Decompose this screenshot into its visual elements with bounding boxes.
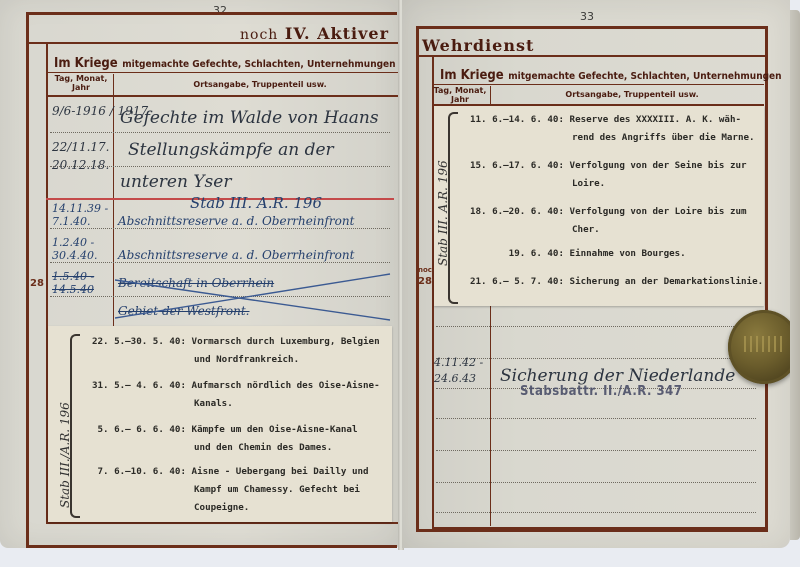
hw-date: 24.6.43 — [434, 372, 476, 385]
slip-entry-cont: Coupeigne. — [194, 502, 249, 513]
pasted-slip: Stab III. A.R. 196 11. 6.—14. 6. 40: Res… — [434, 106, 764, 306]
slip-entry: 19. 6. 40: Einnahme von Bourges. — [458, 248, 686, 259]
subheading-rest: mitgemachte Gefechte, Schlachten, Untern… — [508, 71, 781, 82]
hw-date: 14.11.39 - 7.1.40. — [52, 202, 112, 228]
coin-emblem — [744, 336, 784, 352]
left-page: 32 noch IV. Aktiver Im Kriege mitgemacht… — [0, 0, 400, 548]
section-title: Wehrdienst — [422, 36, 534, 55]
entry-text: Aisne - Uebergang bei Dailly und — [192, 466, 369, 477]
entry-text: Verfolgung von der Loire bis zum — [570, 206, 747, 217]
vertical-unit-note: Stab III. A.R. 196 — [436, 160, 450, 266]
slip-entry: 5. 6.— 6. 6. 40: Kämpfe um den Oise-Aisn… — [80, 424, 358, 435]
hw-date: 4.11.42 - — [434, 356, 483, 369]
right-page: 33 Wehrdienst Im Kriege mitgemachte Gefe… — [402, 0, 790, 548]
subheading-rest: mitgemachte Gefechte, Schlachten, Untern… — [122, 59, 395, 70]
entry-date: 21. 6.— 5. 7. 40: — [458, 276, 564, 287]
slip-entry-cont: Kampf um Chamessy. Gefecht bei — [194, 484, 360, 495]
header-divider — [432, 84, 764, 85]
title-main: IV. Aktiver — [285, 24, 389, 43]
header-divider — [46, 72, 398, 73]
slip-entry-cont: rend des Angriffs über die Marne. — [572, 132, 755, 143]
rule — [436, 482, 756, 483]
entry-date: 5. 6.— 6. 6. 40: — [80, 424, 186, 435]
col-header-date: Tag, Monat, Jahr — [50, 74, 112, 92]
entry-date: 11. 6.—14. 6. 40: — [458, 114, 564, 125]
entry-text: Verfolgung von der Seine bis zur — [570, 160, 747, 171]
slip-entry-cont: und den Chemin des Dames. — [194, 442, 332, 453]
page-number: 33 — [580, 10, 594, 23]
rule — [436, 326, 756, 327]
entry-date: 19. 6. 40: — [458, 248, 564, 259]
entry-text: Reserve des XXXXIII. A. K. wäh- — [570, 114, 741, 125]
hw-unit: Stab III. A.R. 196 — [190, 194, 322, 212]
col-header-place: Ortsangabe, Truppenteil usw. — [150, 80, 370, 89]
coin — [728, 310, 800, 384]
slip-entry: 22. 5.—30. 5. 40: Vormarsch durch Luxemb… — [80, 336, 380, 347]
title-prefix: noch — [240, 27, 278, 43]
entry-date: 18. 6.—20. 6. 40: — [458, 206, 564, 217]
hw-text: Gefechte im Walde von Haans — [120, 108, 379, 128]
table-header-divider — [46, 95, 398, 97]
rule — [50, 262, 390, 263]
hw-text: Abschnittsreserve a. d. Oberrheinfront — [118, 248, 354, 262]
hw-text: Stellungskämpfe an der — [128, 140, 334, 160]
slip-entry: 18. 6.—20. 6. 40: Verfolgung von der Loi… — [458, 206, 747, 217]
rule — [436, 358, 756, 359]
pasted-slip: Stab III./A.R. 196 22. 5.—30. 5. 40: Vor… — [48, 326, 392, 522]
slip-entry: 11. 6.—14. 6. 40: Reserve des XXXXIII. A… — [458, 114, 741, 125]
hw-date-struck: 1.5.40 - 14.5.40 — [52, 270, 112, 296]
entry-text: Kämpfe um den Oise-Aisne-Kanal — [192, 424, 358, 435]
entry-date: 15. 6.—17. 6. 40: — [458, 160, 564, 171]
hw-text: Sicherung der Niederlande — [500, 366, 735, 386]
rule — [50, 132, 390, 133]
vertical-unit-note: Stab III./A.R. 196 — [58, 402, 72, 508]
subheading-bold: Im Kriege — [440, 68, 504, 83]
col-header-place: Ortsangabe, Truppenteil usw. — [522, 90, 742, 99]
slip-entry: 21. 6.— 5. 7. 40: Sicherung an der Demar… — [458, 276, 763, 287]
slip-entry: 15. 6.—17. 6. 40: Verfolgung von der Sei… — [458, 160, 747, 171]
entry-text: Einnahme von Bourges. — [570, 248, 686, 259]
hw-date: 20.12.18. — [52, 158, 109, 172]
slip-entry-cont: Cher. — [572, 224, 600, 235]
unit-stamp: Stabsbattr. II./A.R. 347 — [520, 384, 682, 399]
slip-entry: 31. 5.— 4. 6. 40: Aufmarsch nördlich des… — [80, 380, 380, 391]
entry-text: Aufmarsch nördlich des Oise-Aisne- — [192, 380, 380, 391]
slip-entry-cont: Kanals. — [194, 398, 233, 409]
side-page-ref: 28 — [418, 276, 432, 287]
subheading-bold: Im Kriege — [54, 56, 118, 71]
entry-text: Vormarsch durch Luxemburg, Belgien — [192, 336, 380, 347]
section-title: noch IV. Aktiver — [240, 24, 389, 43]
rule — [436, 418, 756, 419]
cross-out-strike — [115, 270, 395, 324]
entry-date: 31. 5.— 4. 6. 40: — [80, 380, 186, 391]
slip-entry-cont: und Nordfrankreich. — [194, 354, 299, 365]
entry-date: 22. 5.—30. 5. 40: — [80, 336, 186, 347]
hw-text: unteren Yser — [120, 172, 231, 192]
hw-date: 22/11.17. — [52, 140, 109, 154]
rule — [50, 228, 390, 229]
entry-text: Sicherung an der Demarkationslinie. — [570, 276, 764, 287]
entry-date: 7. 6.—10. 6. 40: — [80, 466, 186, 477]
side-page-ref: 28 — [30, 278, 44, 289]
subheading: Im Kriege mitgemachte Gefechte, Schlacht… — [440, 64, 782, 83]
col-header-date: Tag, Monat, Jahr — [432, 86, 488, 104]
hw-date: 1.2.40 - 30.4.40. — [52, 236, 112, 262]
subheading: Im Kriege mitgemachte Gefechte, Schlacht… — [54, 52, 396, 71]
slip-entry-cont: Loire. — [572, 178, 605, 189]
rule — [436, 450, 756, 451]
hw-text: Abschnittsreserve a. d. Oberrheinfront — [118, 214, 354, 228]
slip-entry: 7. 6.—10. 6. 40: Aisne - Uebergang bei D… — [80, 466, 369, 477]
rule — [436, 512, 756, 513]
